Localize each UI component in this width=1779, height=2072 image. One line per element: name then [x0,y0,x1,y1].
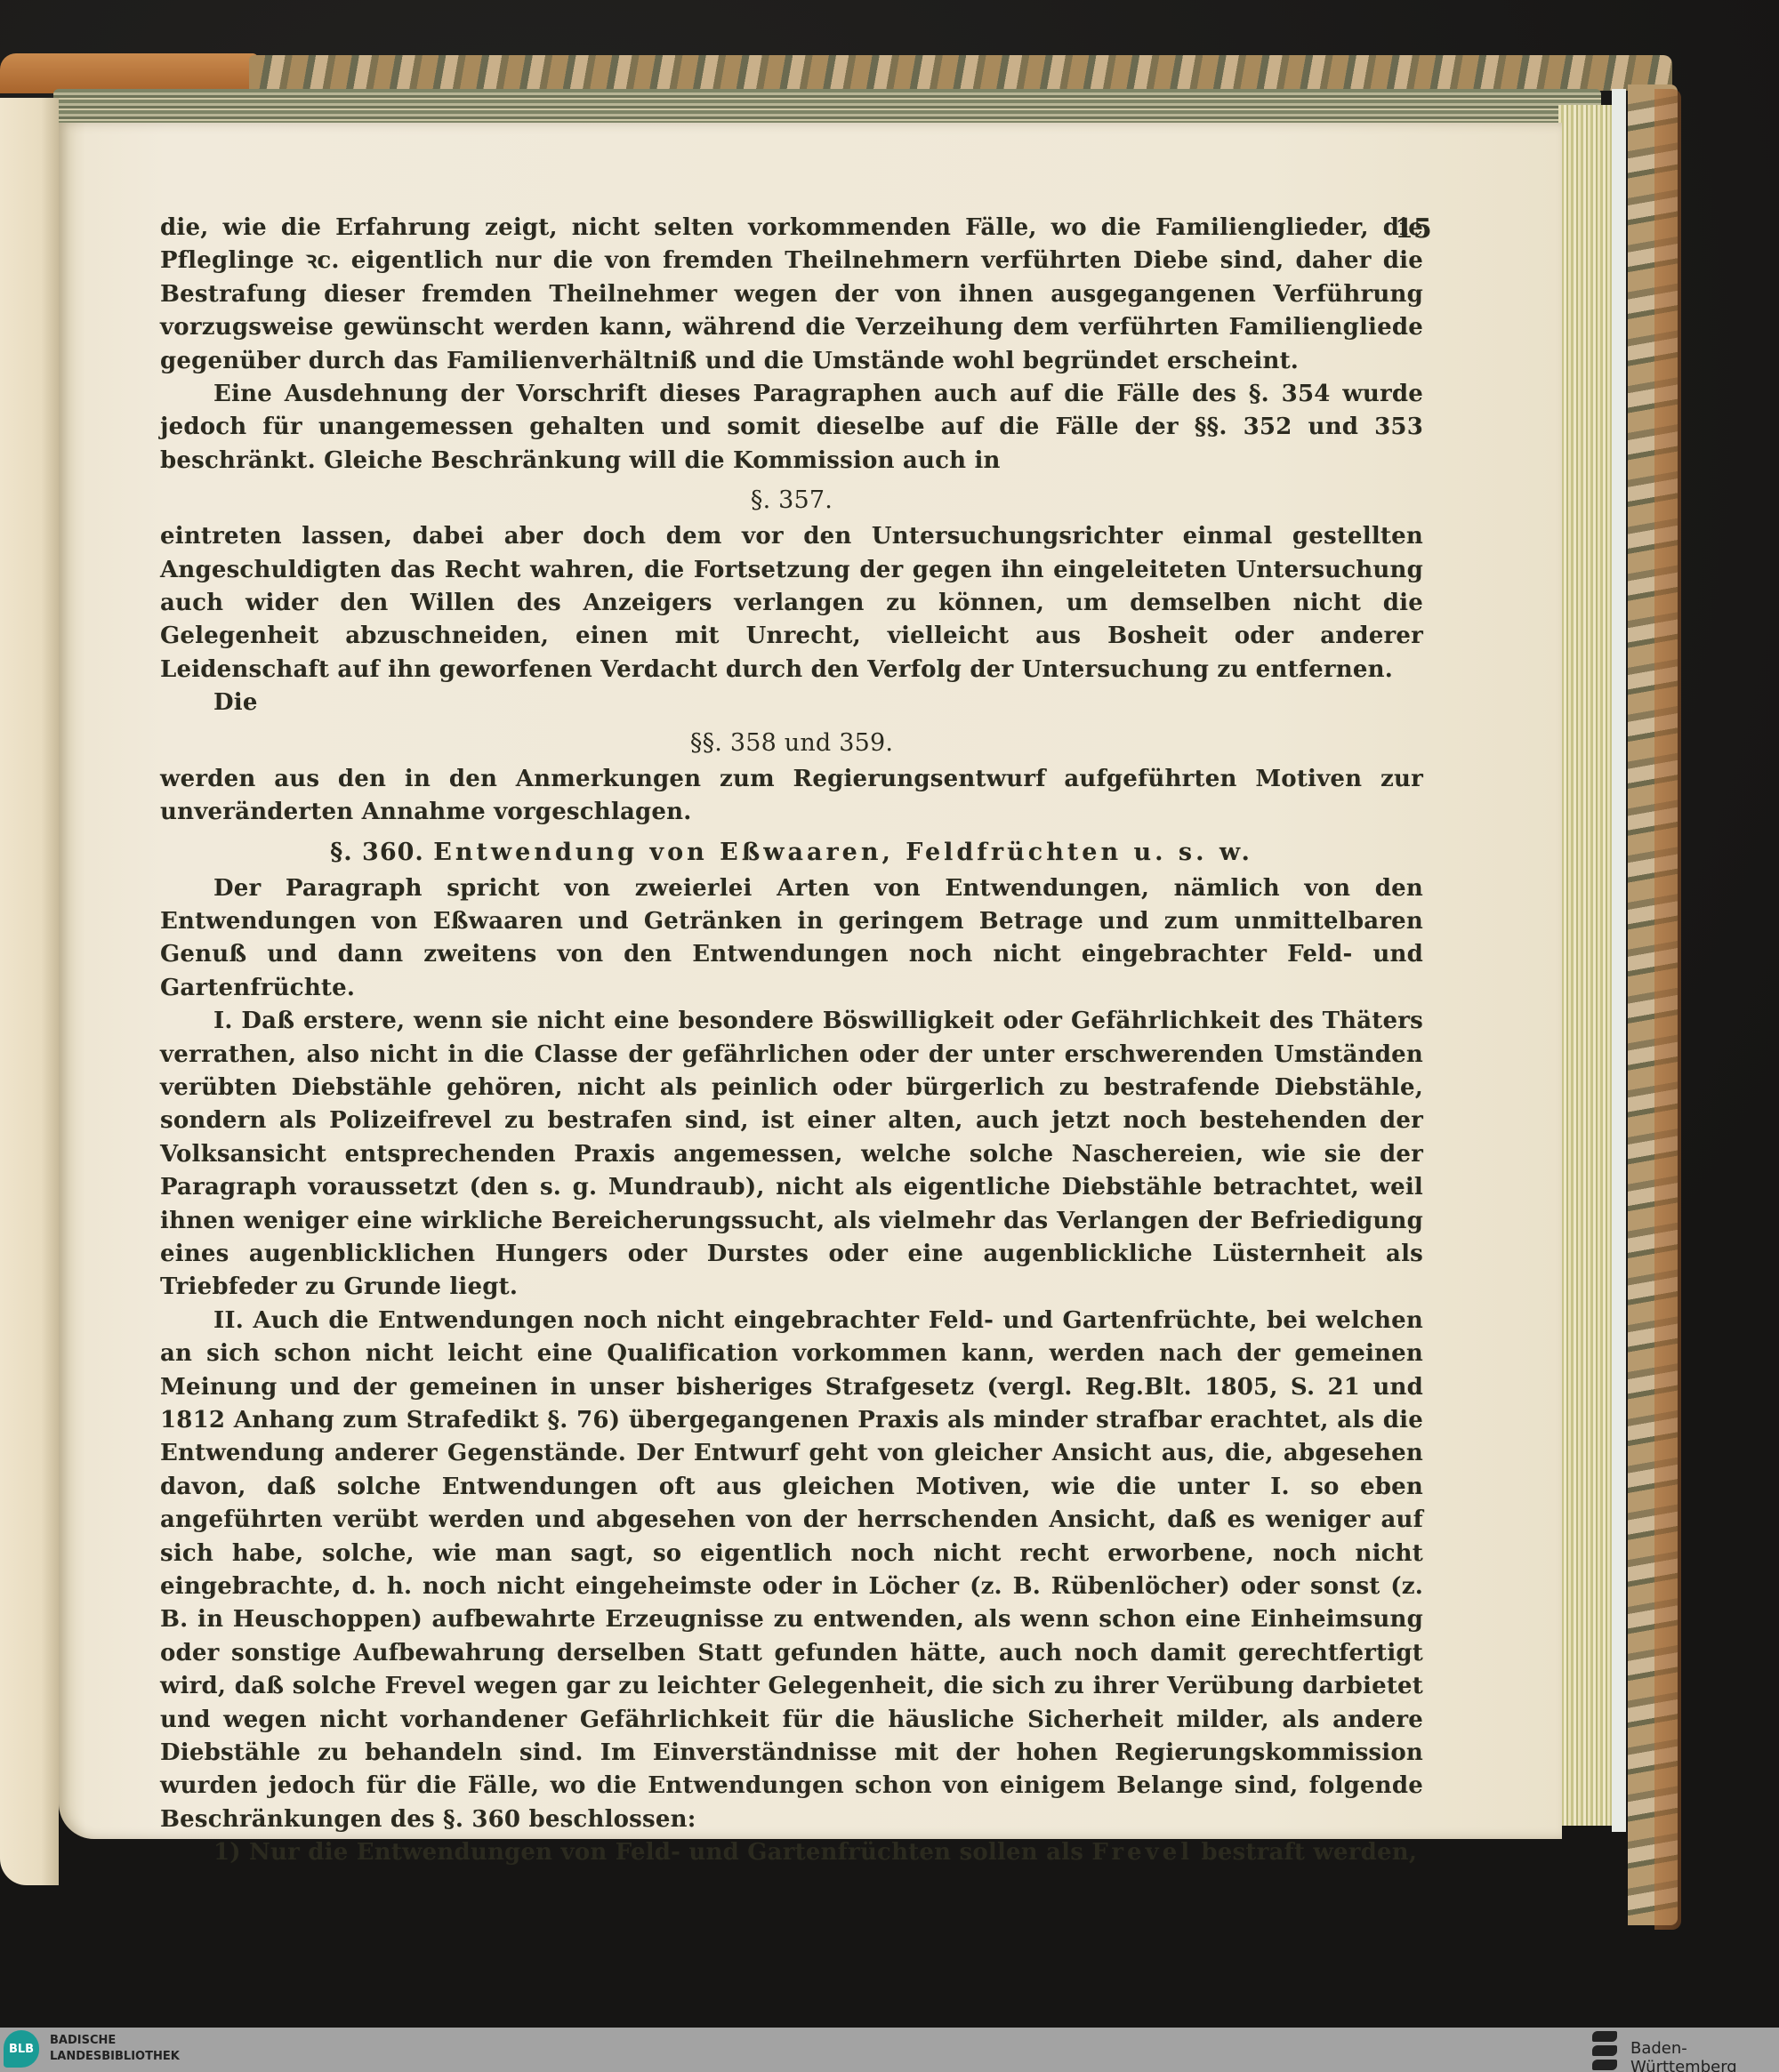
library-name-line1: BADISCHE [50,2033,180,2049]
section-title: Entwendung von Eßwaaren, Feldfrüchten u.… [433,839,1253,866]
text-run: 1) Nur die Entwendungen von Feld- und Ga… [213,1839,1083,1866]
blb-logo-icon[interactable]: BLB [4,2030,39,2068]
section-heading-358-359: §§. 358 und 359. [160,724,1423,763]
section-number: §. 360. [330,839,424,866]
library-name-line2: LANDESBIBLIOTHEK [50,2049,180,2065]
paragraph: Eine Ausdehnung der Vorschrift dieses Pa… [160,378,1423,478]
text-run: bestraft werden, [1201,1839,1417,1866]
page-text-body: die, wie die Erfahrung zeigt, nicht selt… [160,212,1423,1870]
spaced-emphasis: Frevel [1091,1839,1193,1866]
paragraph: eintreten lassen, dabei aber doch dem vo… [160,520,1423,687]
section-heading-357: §. 357. [160,481,1423,520]
paragraph: die, wie die Erfahrung zeigt, nicht selt… [160,212,1423,378]
paragraph-point-I: I. Daß erstere, wenn sie nicht eine beso… [160,1005,1423,1305]
left-page-sliver [0,98,59,1885]
page-white-edge [1612,89,1626,1832]
baden-wuerttemberg-lions-icon [1592,2031,1617,2070]
book-cover-leather-left [0,53,258,93]
book-cover-leather-right [1654,89,1681,1930]
library-name: BADISCHE LANDESBIBLIOTHEK [50,2033,180,2065]
page-block-right-edge [1558,105,1612,1826]
paragraph: werden aus den in den Anmerkungen zum Re… [160,763,1423,830]
paragraph: Der Paragraph spricht von zweierlei Arte… [160,872,1423,1006]
footer-bar: BLB BADISCHE LANDESBIBLIOTHEK Baden-Würt… [0,2028,1779,2072]
page-block-top-edge [53,89,1601,126]
paragraph-point-II: II. Auch die Entwendungen noch nicht ein… [160,1305,1423,1837]
paragraph-item-1: 1) Nur die Entwendungen von Feld- und Ga… [160,1836,1423,1869]
paragraph: Die [160,687,1423,719]
state-label[interactable]: Baden-Württemberg [1630,2039,1779,2072]
section-heading-360: §. 360. Entwendung von Eßwaaren, Feldfrü… [160,833,1423,872]
book-cover-marbled-top [249,55,1672,91]
